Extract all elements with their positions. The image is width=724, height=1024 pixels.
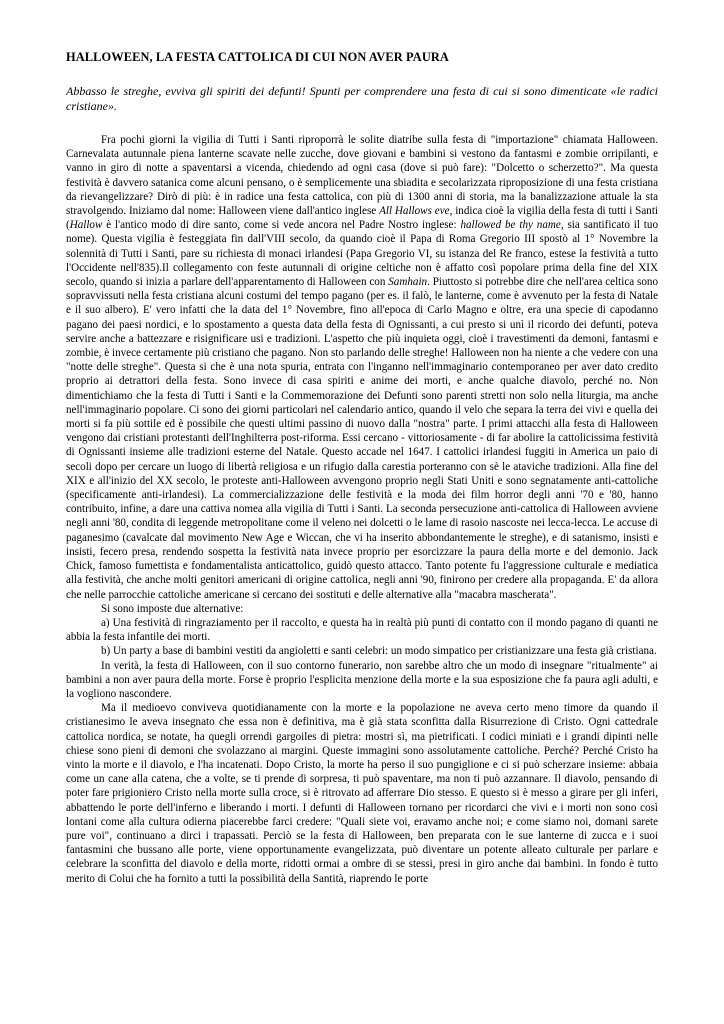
- text-run: è l'antico modo di dire santo, come si v…: [102, 219, 460, 231]
- paragraph: Fra pochi giorni la vigilia di Tutti i S…: [66, 133, 658, 602]
- text-run: . Piuttosto si potrebbe dire che nell'ar…: [66, 276, 658, 600]
- paragraph: Si sono imposte due alternative:: [66, 602, 658, 616]
- paragraph: a) Una festività di ringraziamento per i…: [66, 616, 658, 644]
- text-run: Si sono imposte due alternative:: [101, 603, 243, 615]
- text-run: a) Una festività di ringraziamento per i…: [66, 617, 658, 643]
- text-run: Ma il medioevo conviveva quotidianamente…: [66, 702, 658, 884]
- document-title: HALLOWEEN, LA FESTA CATTOLICA DI CUI NON…: [66, 50, 658, 65]
- document-body: Fra pochi giorni la vigilia di Tutti i S…: [66, 133, 658, 886]
- document-subtitle: Abbasso le streghe, evviva gli spiriti d…: [66, 84, 658, 114]
- document-page: HALLOWEEN, LA FESTA CATTOLICA DI CUI NON…: [0, 0, 724, 1024]
- italic-text-run: Samhain: [388, 276, 427, 288]
- text-run: In verità, la festa di Halloween, con il…: [66, 660, 658, 700]
- paragraph: Ma il medioevo conviveva quotidianamente…: [66, 701, 658, 886]
- paragraph: b) Un party a base di bambini vestiti da…: [66, 644, 658, 658]
- text-run: b) Un party a base di bambini vestiti da…: [101, 645, 657, 657]
- italic-text-run: Hallow: [70, 219, 103, 231]
- italic-text-run: hallowed be thy name: [460, 219, 560, 231]
- italic-text-run: All Hallows eve: [379, 205, 449, 217]
- paragraph: In verità, la festa di Halloween, con il…: [66, 659, 658, 702]
